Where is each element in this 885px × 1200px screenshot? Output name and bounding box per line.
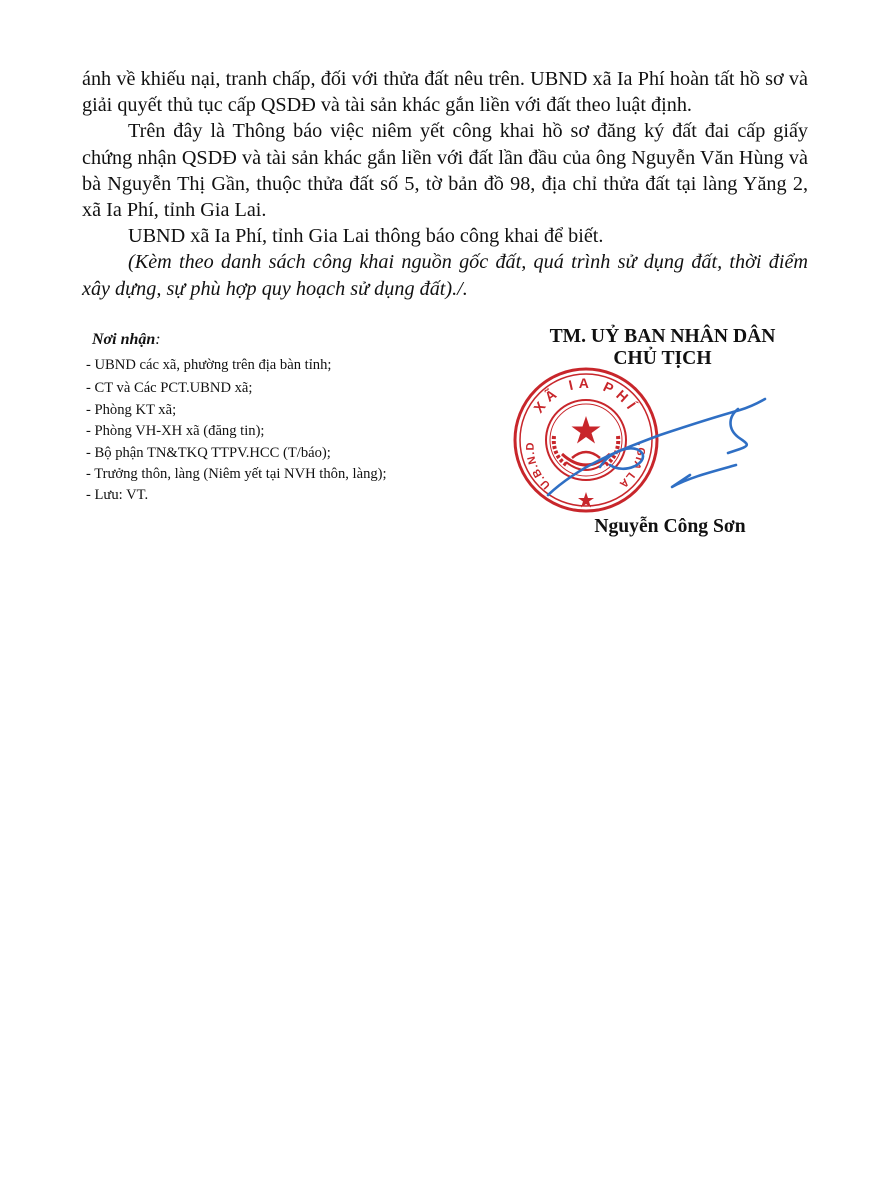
- paragraph-attachment-note: (Kèm theo danh sách công khai nguồn gốc …: [82, 249, 808, 301]
- body-text: ánh về khiếu nại, tranh chấp, đối với th…: [82, 66, 808, 302]
- recipient-item: - Phòng VH-XH xã (đăng tin);: [86, 421, 486, 442]
- recipients-title-colon: :: [155, 331, 160, 348]
- recipients-title-text: Nơi nhận: [92, 331, 155, 348]
- paragraph-announcement: Trên đây là Thông báo việc niêm yết công…: [82, 118, 808, 223]
- recipient-item: - Lưu: VT.: [86, 485, 486, 506]
- signer-name: Nguyễn Công Sơn: [560, 516, 780, 538]
- signature-block: TM. UỶ BAN NHÂN DÂN CHỦ TỊCH: [500, 326, 825, 370]
- recipient-item: - Bộ phận TN&TKQ TTPV.HCC (T/báo);: [86, 443, 486, 464]
- handwritten-signature-icon: [540, 395, 780, 505]
- recipient-item: - Phòng KT xã;: [86, 400, 486, 421]
- paragraph-public-notice: UBND xã Ia Phí, tỉnh Gia Lai thông báo c…: [82, 223, 808, 249]
- paragraph-conclusion: ánh về khiếu nại, tranh chấp, đối với th…: [82, 66, 808, 118]
- recipient-item: - UBND các xã, phường trên địa bàn tỉnh;: [86, 355, 486, 376]
- document-page: ánh về khiếu nại, tranh chấp, đối với th…: [0, 0, 885, 1200]
- recipient-item: - CT và Các PCT.UBND xã;: [86, 378, 486, 399]
- signing-organization: TM. UỶ BAN NHÂN DÂN: [500, 326, 825, 348]
- recipients-list: - UBND các xã, phường trên địa bàn tỉnh;…: [86, 355, 486, 507]
- recipient-item: - Trưởng thôn, làng (Niêm yết tại NVH th…: [86, 464, 486, 485]
- recipients-block: Nơi nhận: - UBND các xã, phường trên địa…: [86, 331, 486, 507]
- recipients-title: Nơi nhận:: [92, 331, 486, 349]
